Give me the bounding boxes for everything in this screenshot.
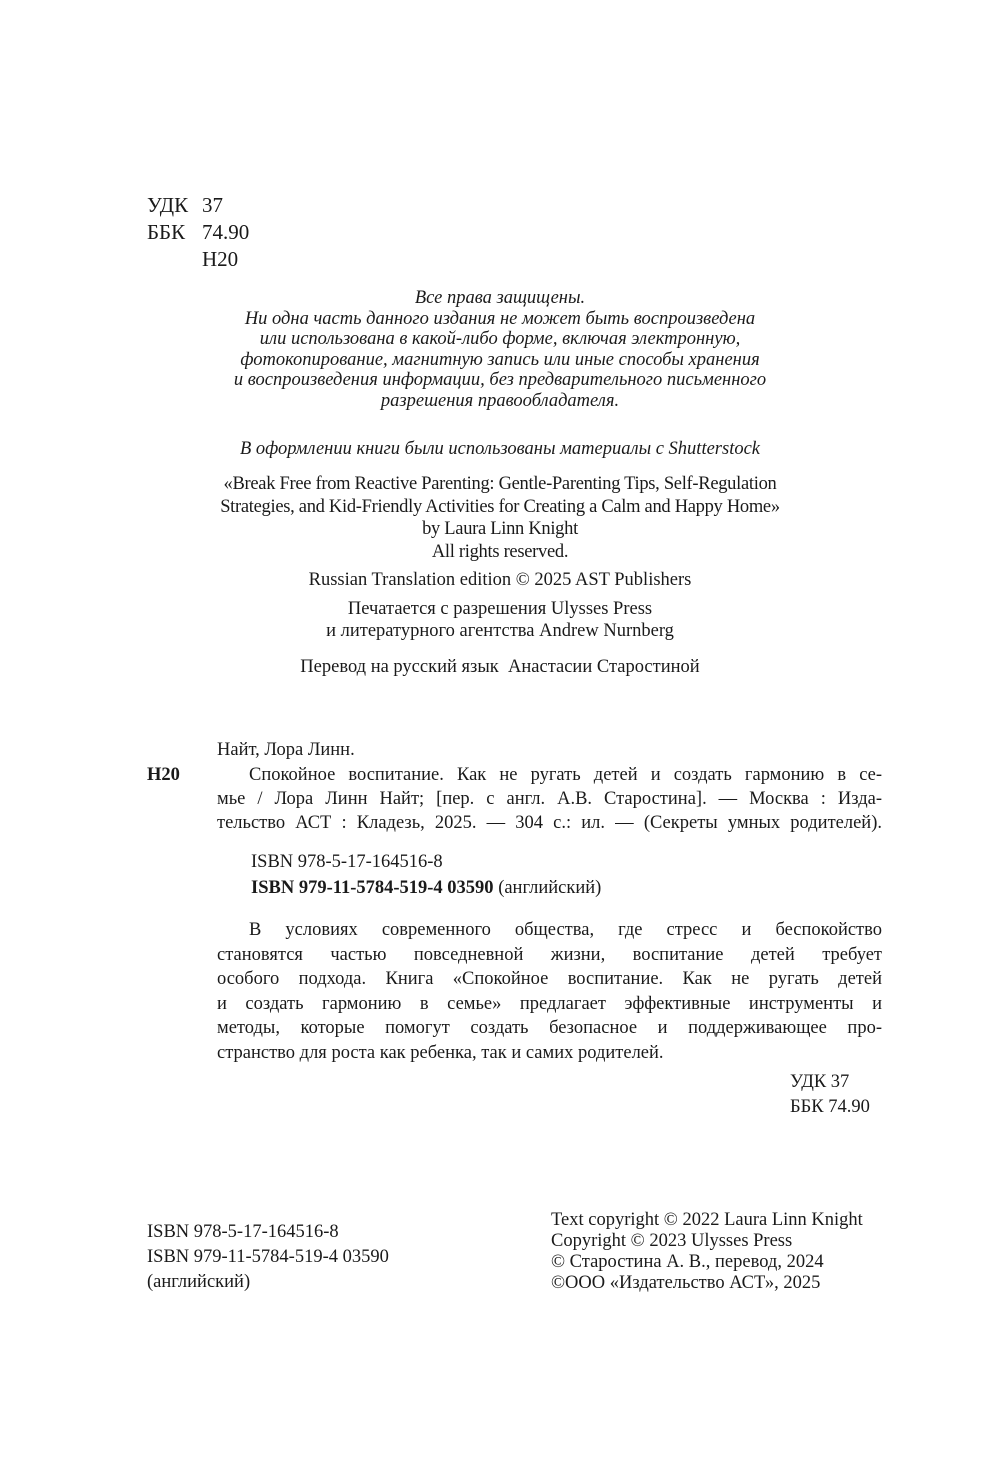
original-author-line: by Laura Linn Knight (0, 518, 1000, 541)
record-isbn-russian: ISBN 978-5-17-164516-8 (251, 850, 443, 875)
record-cutter: Н20 (147, 763, 180, 787)
footer-isbn-block: ISBN 978-5-17-164516-8 ISBN 979-11-5784-… (147, 1220, 389, 1295)
rights-line: Ни одна часть данного издания не может б… (0, 309, 1000, 330)
udk-row: УДК 37 (147, 192, 249, 219)
udk-value: 37 (202, 192, 223, 219)
shutterstock-credit: В оформлении книги были использованы мат… (0, 438, 1000, 460)
record-line: Спокойное воспитание. Как не ругать дете… (217, 763, 882, 787)
copyright-line: © Старостина А. В., перевод, 2024 (551, 1252, 863, 1273)
annotation-line: странство для роста как ребенка, так и с… (217, 1041, 882, 1066)
annotation-bbk: ББК 74.90 (790, 1095, 870, 1120)
record-isbn-english-number: ISBN 979-11-5784-519-4 03590 (251, 878, 494, 898)
permission-line: Печатается с разрешения Ulysses Press (0, 598, 1000, 620)
rights-line: или использована в какой-либо форме, вкл… (0, 329, 1000, 350)
rights-line: фотокопирование, магнитную запись или ин… (0, 350, 1000, 371)
annotation-line: В условиях современного общества, где ст… (217, 918, 882, 943)
translation-edition: Russian Translation edition © 2025 AST P… (0, 569, 1000, 591)
bbk-label: ББК (147, 219, 202, 246)
bbk-row: ББК 74.90 (147, 219, 249, 246)
record-description: Спокойное воспитание. Как не ругать дете… (217, 763, 882, 835)
footer-isbn-line: ISBN 978-5-17-164516-8 (147, 1220, 389, 1245)
original-rights-line: All rights reserved. (0, 541, 1000, 564)
record-line: тельство АСТ : Кладезь, 2025. — 304 с.: … (217, 811, 882, 835)
record-author: Найт, Лора Линн. (217, 738, 355, 762)
cutter-row: Н20 (147, 246, 249, 273)
rights-line: Все права защищены. (0, 288, 1000, 309)
annotation-classification: УДК 37 ББК 74.90 (790, 1070, 870, 1120)
rights-notice: Все права защищены. Ни одна часть данног… (0, 288, 1000, 411)
record-isbn-english-note: (английский) (498, 878, 601, 898)
annotation-line: и создать гармонию в семье» предлагает э… (217, 992, 882, 1017)
footer-copyright-block: Text copyright © 2022 Laura Linn Knight … (551, 1210, 863, 1294)
original-title-line: «Break Free from Reactive Parenting: Gen… (0, 473, 1000, 496)
footer-isbn-line: ISBN 979-11-5784-519-4 03590 (147, 1245, 389, 1270)
annotation-udk: УДК 37 (790, 1070, 870, 1095)
copyright-line: ©ООО «Издательство АСТ», 2025 (551, 1273, 863, 1294)
original-edition-block: «Break Free from Reactive Parenting: Gen… (0, 473, 1000, 563)
permission-block: Печатается с разрешения Ulysses Press и … (0, 598, 1000, 642)
cutter-value: Н20 (202, 246, 238, 273)
annotation-line: методы, которые помогут создать безопасн… (217, 1016, 882, 1041)
permission-line: и литературного агентства Andrew Nurnber… (0, 620, 1000, 642)
rights-line: разрешения правообладателя. (0, 391, 1000, 412)
record-line: мье / Лора Линн Найт; [пер. с англ. А.В.… (217, 787, 882, 811)
bbk-value: 74.90 (202, 219, 249, 246)
translator-credit: Перевод на русский язык Анастасии Старос… (0, 656, 1000, 678)
copyright-line: Text copyright © 2022 Laura Linn Knight (551, 1210, 863, 1231)
udk-label: УДК (147, 192, 202, 219)
original-title-line: Strategies, and Kid-Friendly Activities … (0, 496, 1000, 519)
record-isbn-english: ISBN 979-11-5784-519-4 03590 (английский… (251, 876, 601, 901)
classification-block: УДК 37 ББК 74.90 Н20 (147, 192, 249, 273)
footer-isbn-line: (английский) (147, 1270, 389, 1295)
annotation-line: становятся частью повседневной жизни, во… (217, 943, 882, 968)
cutter-label (147, 246, 202, 273)
annotation: В условиях современного общества, где ст… (217, 918, 882, 1065)
rights-line: и воспроизведения информации, без предва… (0, 370, 1000, 391)
annotation-line: особого подхода. Книга «Спокойное воспит… (217, 967, 882, 992)
copyright-line: Copyright © 2023 Ulysses Press (551, 1231, 863, 1252)
